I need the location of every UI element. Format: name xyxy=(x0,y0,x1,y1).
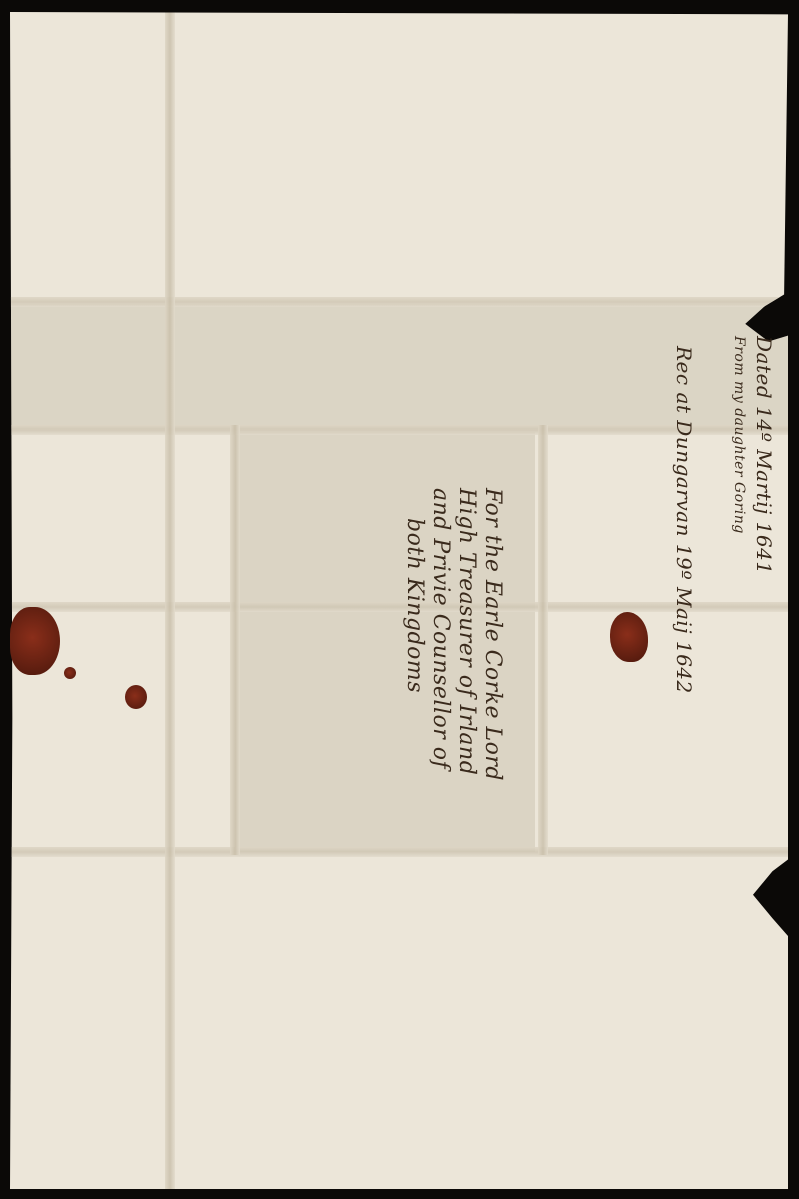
wax-seal-mid xyxy=(125,685,147,709)
fold-line-1 xyxy=(10,297,788,307)
address-line: and Privie Counsellor of xyxy=(427,488,453,781)
address-line: both Kingdoms xyxy=(401,488,427,781)
wax-seal-left xyxy=(10,607,60,675)
fold-line-4 xyxy=(10,847,788,857)
address-block: For the Earle Corke Lord High Treasurer … xyxy=(401,488,505,781)
endorsement-received: Rec at Dungarvan 19º Maij 1642 xyxy=(673,346,695,694)
wax-seal-small xyxy=(64,667,76,679)
fold-line-v1 xyxy=(165,12,175,1189)
address-line: High Treasurer of Irland xyxy=(453,488,479,781)
fold-line-v3 xyxy=(538,425,548,855)
address-line: For the Earle Corke Lord xyxy=(479,488,505,781)
endorsement-from: From my daughter Goring xyxy=(728,336,750,534)
endorsement-date: Dated 14º Martij 1641 xyxy=(753,336,775,575)
fold-line-v2 xyxy=(230,425,240,855)
